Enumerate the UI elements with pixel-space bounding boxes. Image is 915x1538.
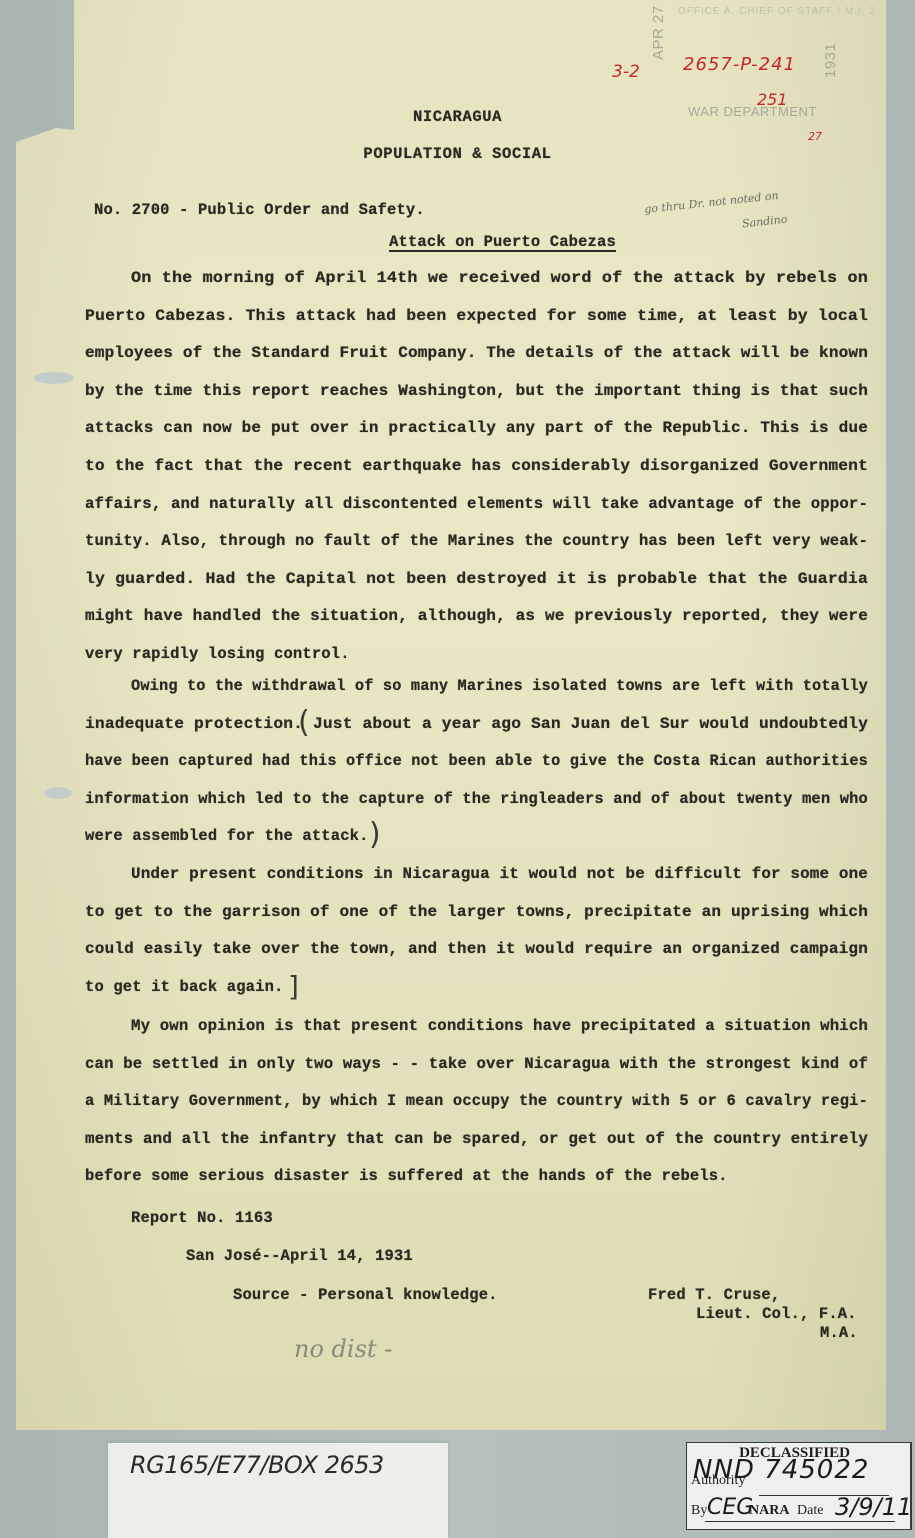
- body-text-line: by the time this report reaches Washingt…: [85, 382, 868, 400]
- body-text-line: have been captured had this office not b…: [85, 752, 868, 770]
- body-text-line: ly guarded. Had the Capital not been des…: [85, 570, 868, 588]
- faint-office-stamp: OFFICE A. CHIEF OF STAFF / M.I. 2: [678, 6, 876, 17]
- agency-label: NARA: [749, 1503, 789, 1519]
- body-text-line: tunity. Also, through no fault of the Ma…: [85, 532, 868, 550]
- signature-name: Fred T. Cruse,: [648, 1286, 780, 1304]
- body-text-line: Owing to the withdrawal of so many Marin…: [131, 677, 868, 695]
- body-text-line: On the morning of April 14th we received…: [131, 269, 868, 287]
- body-text-line: Puerto Cabezas. This attack had been exp…: [85, 307, 868, 325]
- category-heading: POPULATION & SOCIAL: [0, 145, 915, 163]
- by-rule: [705, 1521, 895, 1522]
- body-text-line: before some serious disaster is suffered…: [85, 1167, 728, 1185]
- margin-tear: [44, 787, 72, 799]
- body-text-line: were assembled for the attack.: [85, 827, 369, 845]
- archive-reference: RG165/E77/BOX 2653: [130, 1451, 384, 1479]
- body-text-line: very rapidly losing control.: [85, 645, 350, 663]
- signature-title: M.A.: [820, 1324, 858, 1342]
- body-text-line: a Military Government, by which I mean o…: [85, 1092, 868, 1110]
- body-text-line: information which led to the capture of …: [85, 790, 868, 808]
- report-subject-line: No. 2700 - Public Order and Safety.: [94, 201, 425, 219]
- pencil-note-no-dist: no dist -: [294, 1335, 392, 1363]
- margin-tear: [34, 372, 74, 384]
- report-number: Report No. 1163: [131, 1209, 273, 1227]
- declassification-stamp: DECLASSIFIED Authority NND 745022 By CEG…: [686, 1442, 912, 1530]
- body-text-line: affairs, and naturally all discontented …: [85, 495, 868, 513]
- body-text-line: My own opinion is that present condition…: [131, 1017, 868, 1035]
- body-text-line: to get to the garrison of one of the lar…: [85, 903, 868, 921]
- signature-rank: Lieut. Col., F.A.: [696, 1305, 857, 1323]
- file-sub-number: 251: [757, 90, 788, 109]
- body-text-line: Under present conditions in Nicaragua it…: [131, 865, 868, 883]
- source-line: Source - Personal knowledge.: [233, 1286, 498, 1304]
- document-title: Attack on Puerto Cabezas: [45, 233, 915, 251]
- date-label: Date: [797, 1503, 823, 1519]
- body-text-line: employees of the Standard Fruit Company.…: [85, 344, 868, 362]
- date-value: 3/9/11: [835, 1493, 912, 1521]
- pencil-bracket-close: ]: [288, 970, 299, 1003]
- by-label: By: [691, 1503, 707, 1519]
- authority-value: NND 745022: [693, 1455, 869, 1485]
- body-text-line: can be settled in only two ways - - take…: [85, 1055, 868, 1073]
- by-value: CEG: [707, 1495, 753, 1520]
- place-and-date: San José--April 14, 1931: [186, 1247, 413, 1265]
- body-text-line: inadequate protection. Just about a year…: [85, 715, 868, 733]
- body-text-line: could easily take over the town, and the…: [85, 940, 868, 958]
- file-number: 2657-P-241: [683, 54, 796, 75]
- archive-label-card: RG165/E77/BOX 2653: [108, 1443, 448, 1538]
- body-text-line: attacks can now be put over in practical…: [85, 419, 868, 437]
- country-heading: NICARAGUA: [0, 108, 915, 126]
- received-year-stamp: 1931: [822, 43, 839, 78]
- pencil-bracket-open: (: [298, 705, 310, 740]
- file-mark: 27: [808, 130, 822, 143]
- file-prefix: 3-2: [612, 62, 640, 82]
- body-text-line: might have handled the situation, althou…: [85, 607, 868, 625]
- body-text-line: ments and all the infantry that can be s…: [85, 1130, 868, 1148]
- body-text-line: to get it back again.: [85, 978, 283, 996]
- body-text-line: to the fact that the recent earthquake h…: [85, 457, 868, 475]
- pencil-bracket-close: ): [369, 817, 381, 852]
- received-date-stamp: APR 27: [650, 5, 667, 60]
